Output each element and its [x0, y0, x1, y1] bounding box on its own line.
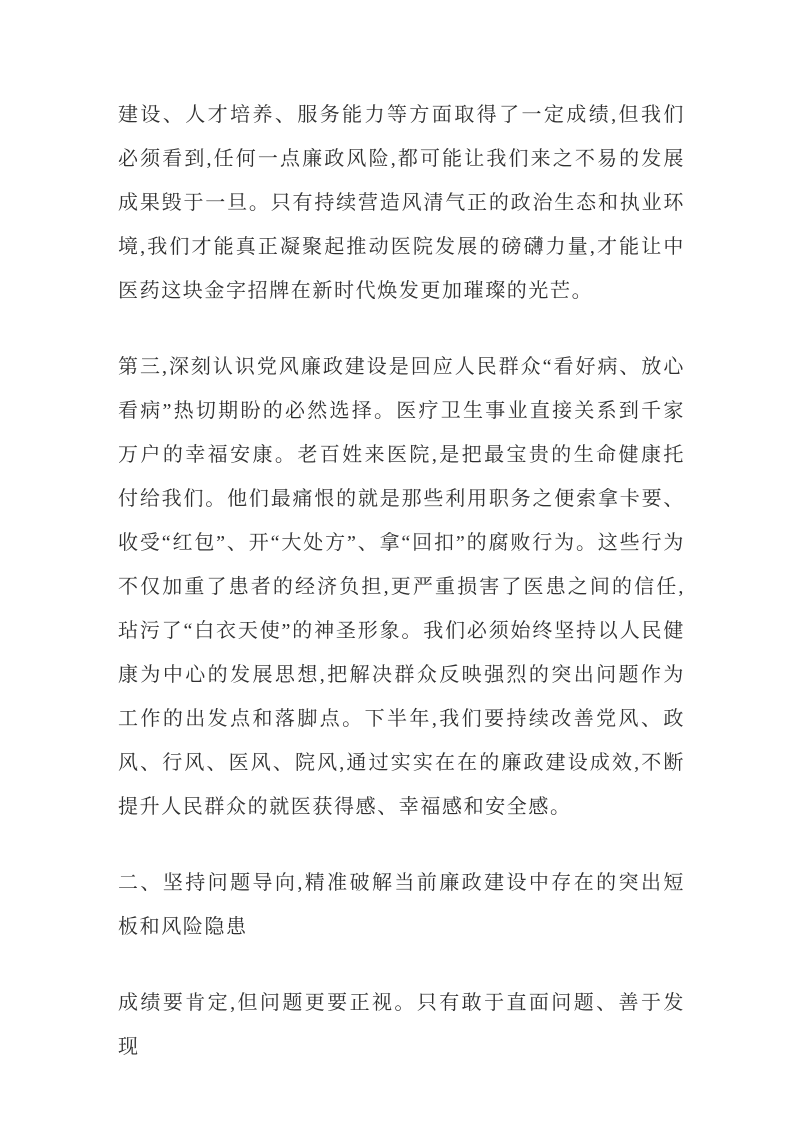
paragraph-section-heading: 二、坚持问题导向,精准破解当前廉政建设中存在的突出短板和风险隐患 — [118, 861, 685, 949]
document-page: 建设、人才培养、服务能力等方面取得了一定成绩,但我们必须看到,任何一点廉政风险,… — [0, 0, 793, 1122]
paragraph-body-2: 第三,深刻认识党风廉政建设是回应人民群众“看好病、放心看病”热切期盼的必然选择。… — [118, 345, 685, 829]
paragraph-body-3: 成绩要肯定,但问题更要正视。只有敢于直面问题、善于发现 — [118, 981, 685, 1069]
paragraph-body-1: 建设、人才培养、服务能力等方面取得了一定成绩,但我们必须看到,任何一点廉政风险,… — [118, 93, 685, 313]
